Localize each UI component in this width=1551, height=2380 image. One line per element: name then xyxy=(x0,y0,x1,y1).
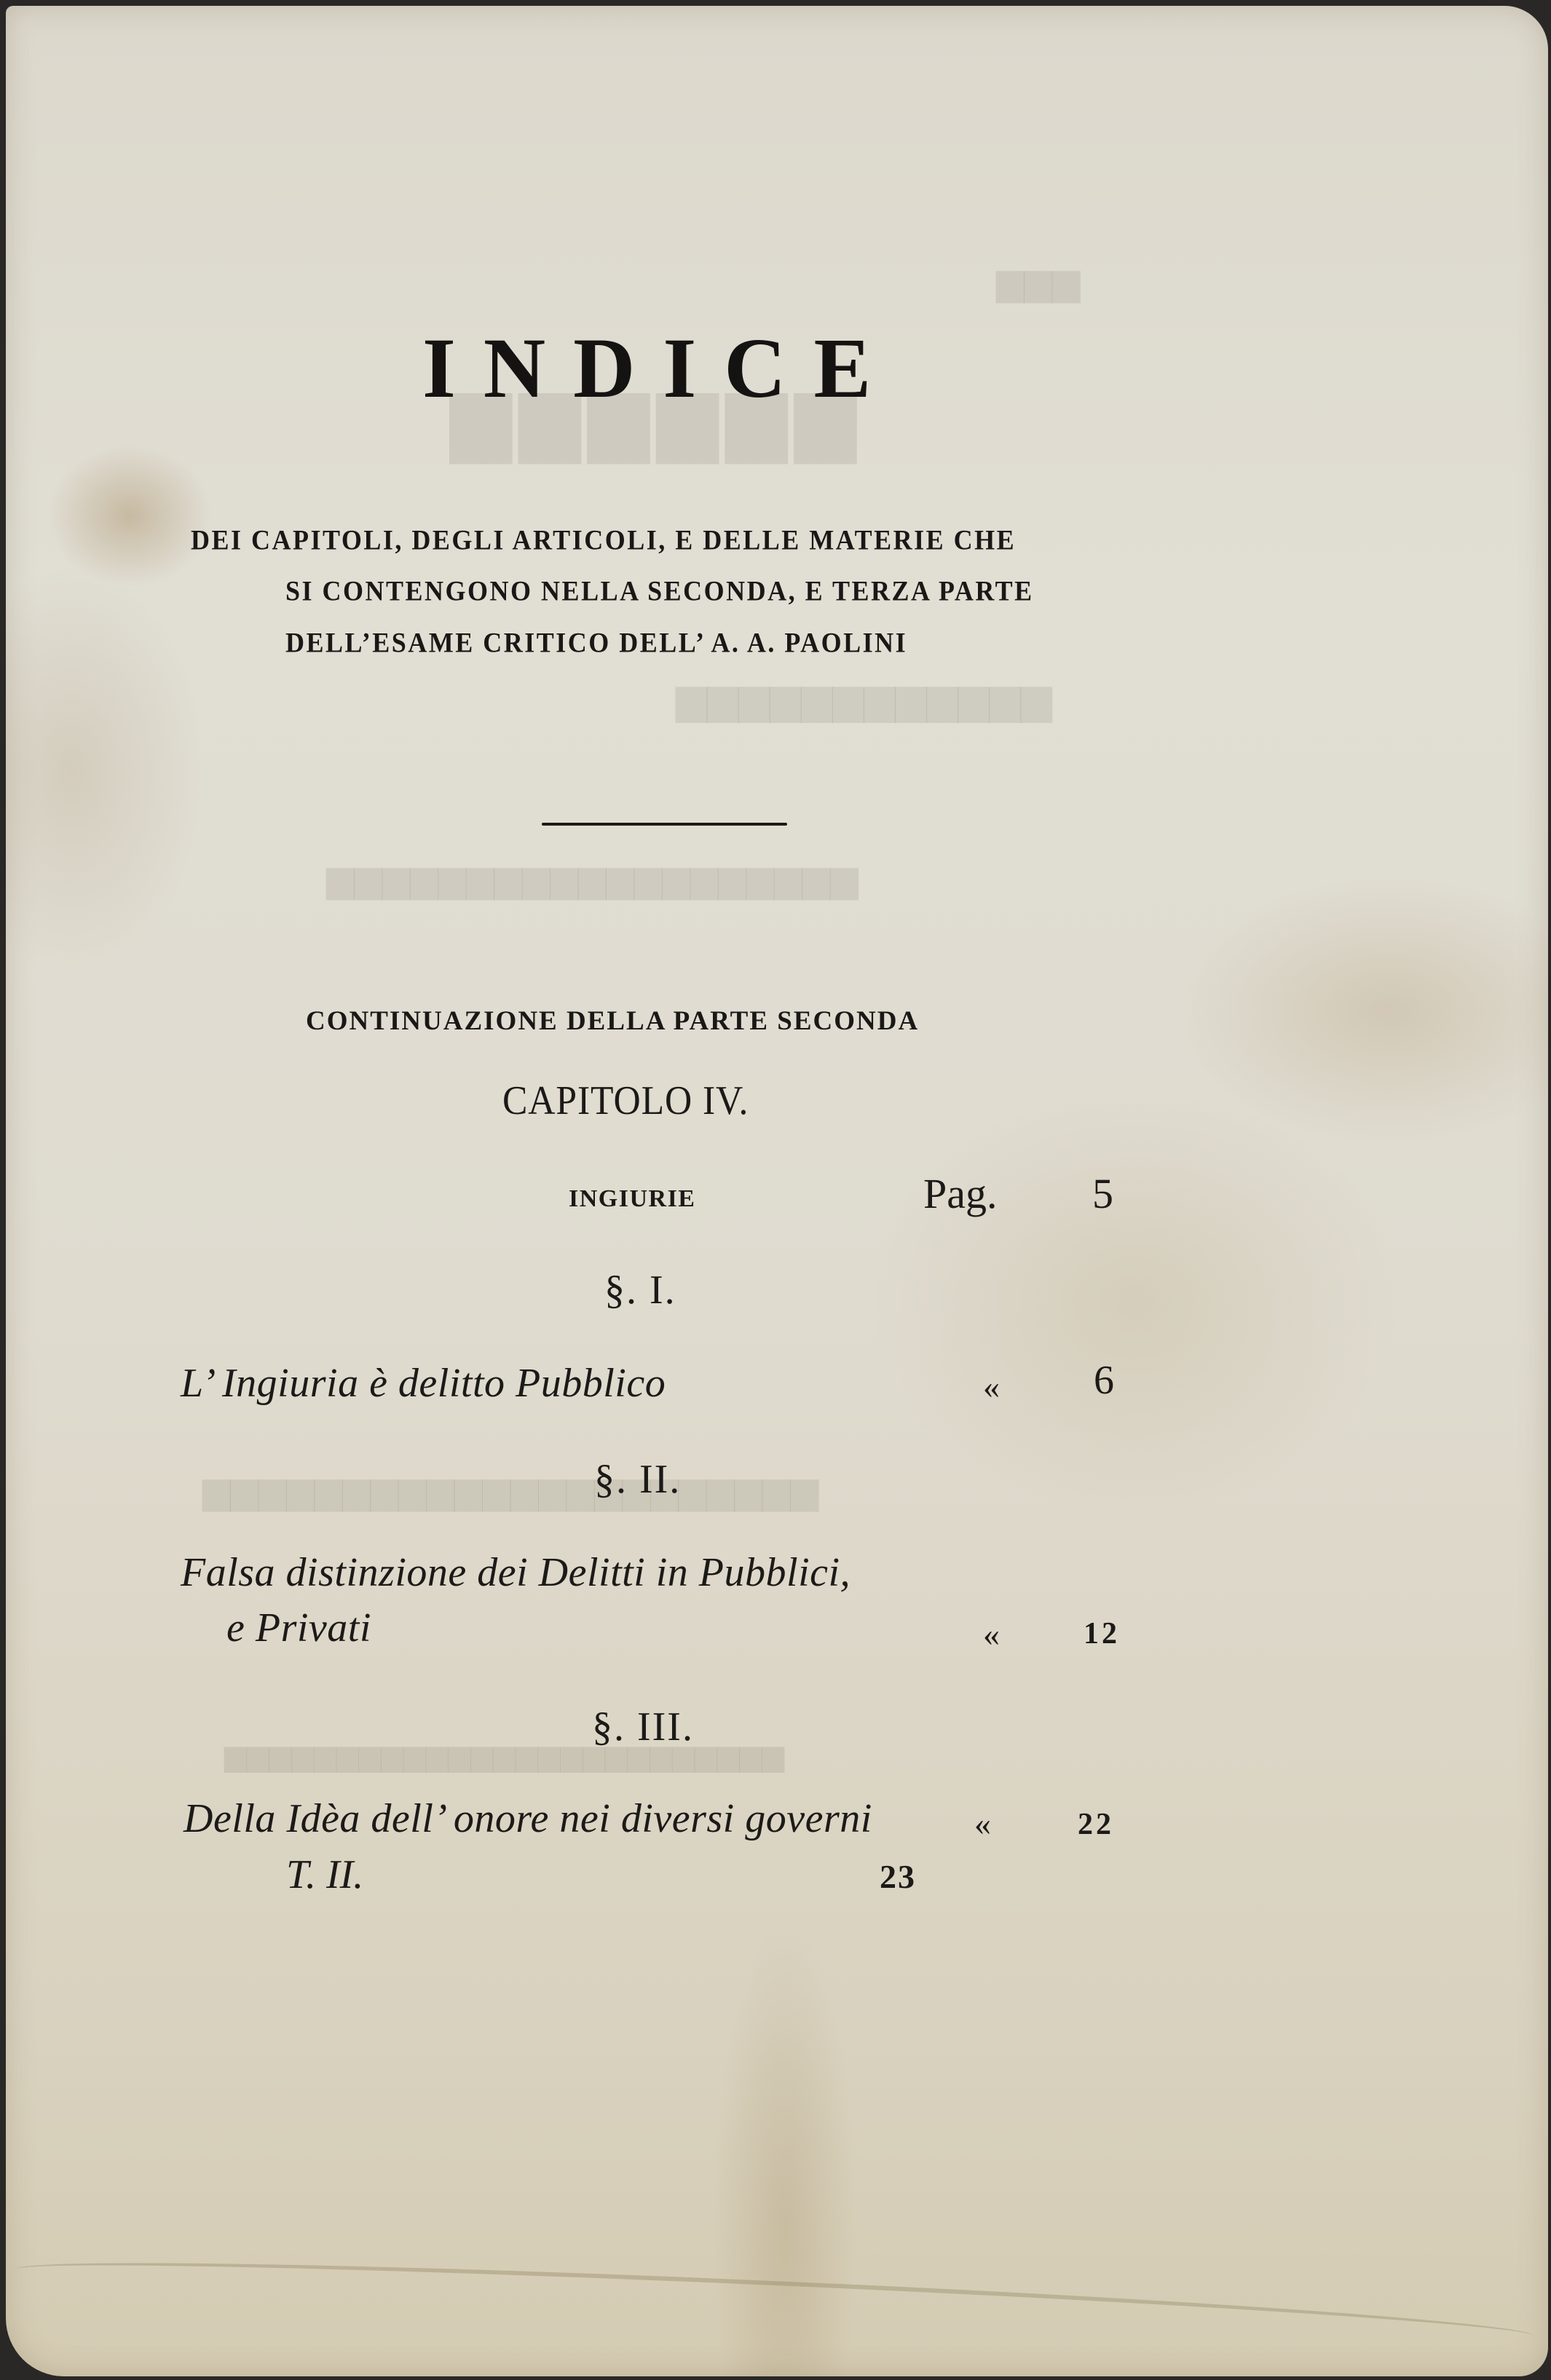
subtitle-line-1: DEI CAPITOLI, DEGLI ARTICOLI, E DELLE MA… xyxy=(191,523,1016,556)
sheet-signature: 23 xyxy=(880,1857,916,1896)
toc-entry-text: Della Idèa dell’ onore nei diversi gover… xyxy=(183,1795,872,1842)
divider-rule xyxy=(542,823,787,826)
volume-signature: T. II. xyxy=(286,1851,363,1898)
ditto-mark: « xyxy=(983,1367,1000,1406)
toc-entry-text: Falsa distinzione dei Delitti in Pubblic… xyxy=(181,1549,851,1596)
bleed-through-line: ▆▆▆▆▆▆▆▆▆▆▆▆▆▆▆▆▆▆▆ xyxy=(326,858,859,900)
bleed-through-line: ▆▆▆▆▆▆▆▆▆▆▆▆ xyxy=(676,676,1052,723)
toc-entry-text-continued: e Privati xyxy=(226,1605,371,1651)
toc-entry-page: 22 xyxy=(1078,1807,1114,1842)
chapter-title: CAPITOLO IV. xyxy=(502,1078,749,1124)
page-title: INDICE xyxy=(422,319,899,418)
page-label: Pag. xyxy=(923,1169,998,1218)
bleed-through-line: ▆▆▆▆▆▆▆▆▆▆▆▆▆▆▆▆▆▆▆▆▆▆▆▆▆ xyxy=(224,1739,784,1773)
bleed-through-page-number: ​▆▆▆ xyxy=(996,261,1080,303)
bleed-through-line: ▆▆▆▆▆▆▆▆▆▆▆▆▆▆▆▆▆▆▆▆▆▆ xyxy=(202,1469,818,1511)
continuation-heading: CONTINUAZIONE DELLA PARTE SECONDA xyxy=(306,1005,919,1037)
subtitle-line-2: SI CONTENGONO NELLA SECONDA, E TERZA PAR… xyxy=(285,574,1034,607)
toc-entry-text: L’ Ingiuria è delitto Pubblico xyxy=(181,1360,666,1407)
chapter-page-number: 5 xyxy=(1092,1169,1113,1218)
water-stain-line xyxy=(12,2247,1536,2376)
subtitle-line-3: DELL’ESAME CRITICO DELL’ A. A. PAOLINI xyxy=(285,626,907,659)
section-heading-3: §. III. xyxy=(592,1704,694,1750)
chapter-subject: INGIURIE xyxy=(569,1185,695,1213)
ditto-mark: « xyxy=(983,1615,1000,1653)
toc-entry-page: 12 xyxy=(1084,1616,1120,1651)
ditto-mark: « xyxy=(974,1804,991,1843)
section-heading-2: §. II. xyxy=(594,1456,681,1503)
book-page: ​▆▆▆ ▆▆▆▆▆▆ ▆▆▆▆▆▆▆▆▆▆▆▆ ▆▆▆▆▆▆▆▆▆▆▆▆▆▆▆… xyxy=(6,6,1548,2376)
section-heading-1: §. I. xyxy=(604,1267,676,1313)
toc-entry-page: 6 xyxy=(1094,1357,1114,1404)
